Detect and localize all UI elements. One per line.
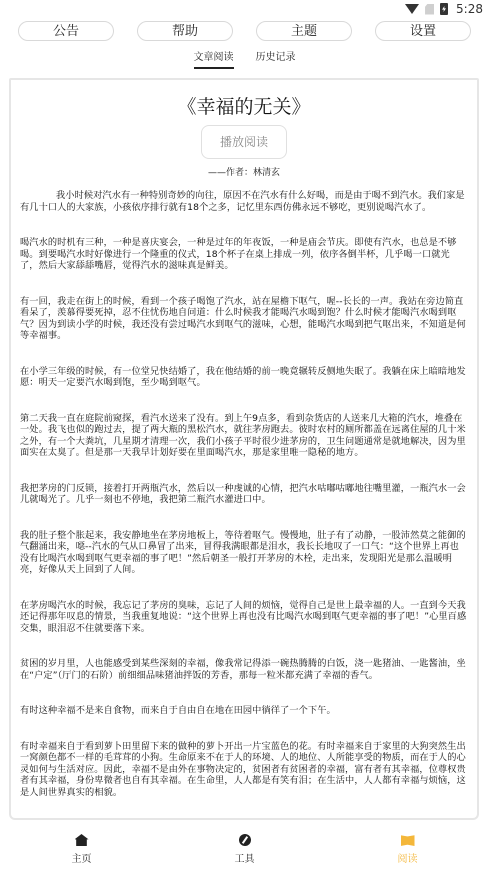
wifi-icon: [405, 4, 419, 14]
article-body: 我小时候对汽水有一种特别奇妙的向往，原因不在汽水有什么好喝，而是由于喝不到汽水。…: [11, 190, 477, 798]
top-button-bar: 公告 帮助 主题 设置: [18, 21, 471, 41]
battery-charging-icon: [440, 3, 448, 15]
paragraph: 贫困的岁月里，人也能感受到某些深刻的幸福，像我常记得添一碗热腾腾的白饭，浇一匙猪…: [20, 658, 468, 681]
nav-tools[interactable]: 工具: [205, 828, 285, 871]
tab-bar: 文章阅读 历史记录: [0, 48, 489, 69]
nav-home[interactable]: 主页: [42, 828, 122, 871]
nav-home-label: 主页: [72, 850, 92, 865]
tab-history[interactable]: 历史记录: [256, 48, 296, 69]
paragraph: 我把茅房的门反锁，接着打开两瓶汽水，然后以一种虔诚的心情，把汽水咕嘟咕嘟地往嘴里…: [20, 483, 468, 506]
clock: 5:28: [456, 2, 483, 16]
no-sim-icon: [425, 4, 434, 15]
book-icon: [401, 834, 415, 846]
help-button[interactable]: 帮助: [137, 21, 233, 41]
article-card[interactable]: 《幸福的无关》 播放阅读 ——作者：林清玄 我小时候对汽水有一种特别奇妙的向往，…: [9, 78, 479, 820]
nav-read-label: 阅读: [398, 850, 418, 865]
nav-tools-label: 工具: [235, 850, 255, 865]
paragraph: 第二天我一直在庭院前窥探，看汽水送来了没有。到上午9点多，看到杂货店的人送来几大…: [20, 413, 468, 459]
paragraph: 有时这种幸福不是来自食物，而来自于自由自在地在田园中徜徉了一个下午。: [20, 705, 468, 717]
bottom-nav: 主页 工具 阅读: [0, 828, 489, 871]
play-reading-button[interactable]: 播放阅读: [201, 125, 287, 159]
paragraph: 有一回，我走在街上的时候，看到一个孩子喝饱了汽水，站在屋檐下呕气，喔--长长的一…: [20, 296, 468, 342]
paragraph: 有时幸福来自于看到萝卜田里留下来的做种的萝卜开出一片宝蓝色的花。有时幸福来自于家…: [20, 741, 468, 799]
tab-article-reading[interactable]: 文章阅读: [194, 48, 234, 69]
paragraph: 我小时候对汽水有一种特别奇妙的向往，原因不在汽水有什么好喝，而是由于喝不到汽水。…: [20, 190, 468, 213]
theme-button[interactable]: 主题: [256, 21, 352, 41]
article-author: ——作者：林清玄: [11, 165, 477, 178]
settings-button[interactable]: 设置: [375, 21, 471, 41]
home-icon: [75, 834, 89, 846]
paragraph: 喝汽水的时机有三种，一种是喜庆宴会，一种是过年的年夜饭，一种是庙会节庆。即使有汽…: [20, 237, 468, 272]
article-title: 《幸福的无关》: [11, 92, 477, 119]
compass-icon: [239, 834, 251, 846]
status-bar: 5:28: [0, 0, 489, 18]
paragraph: 我的肚子整个胀起来，我安静地坐在茅房地板上，等待着呕气。慢慢地，肚子有了动静，一…: [20, 530, 468, 576]
nav-read[interactable]: 阅读: [368, 828, 448, 871]
paragraph: 在小学三年级的时候，有一位堂兄快结婚了，我在他结婚的前一晚竟辗转反侧地失眠了。我…: [20, 366, 468, 389]
paragraph: 在茅房喝汽水的时候，我忘记了茅房的臭味，忘记了人间的烦恼，觉得自己是世上最幸福的…: [20, 600, 468, 635]
announcement-button[interactable]: 公告: [18, 21, 114, 41]
